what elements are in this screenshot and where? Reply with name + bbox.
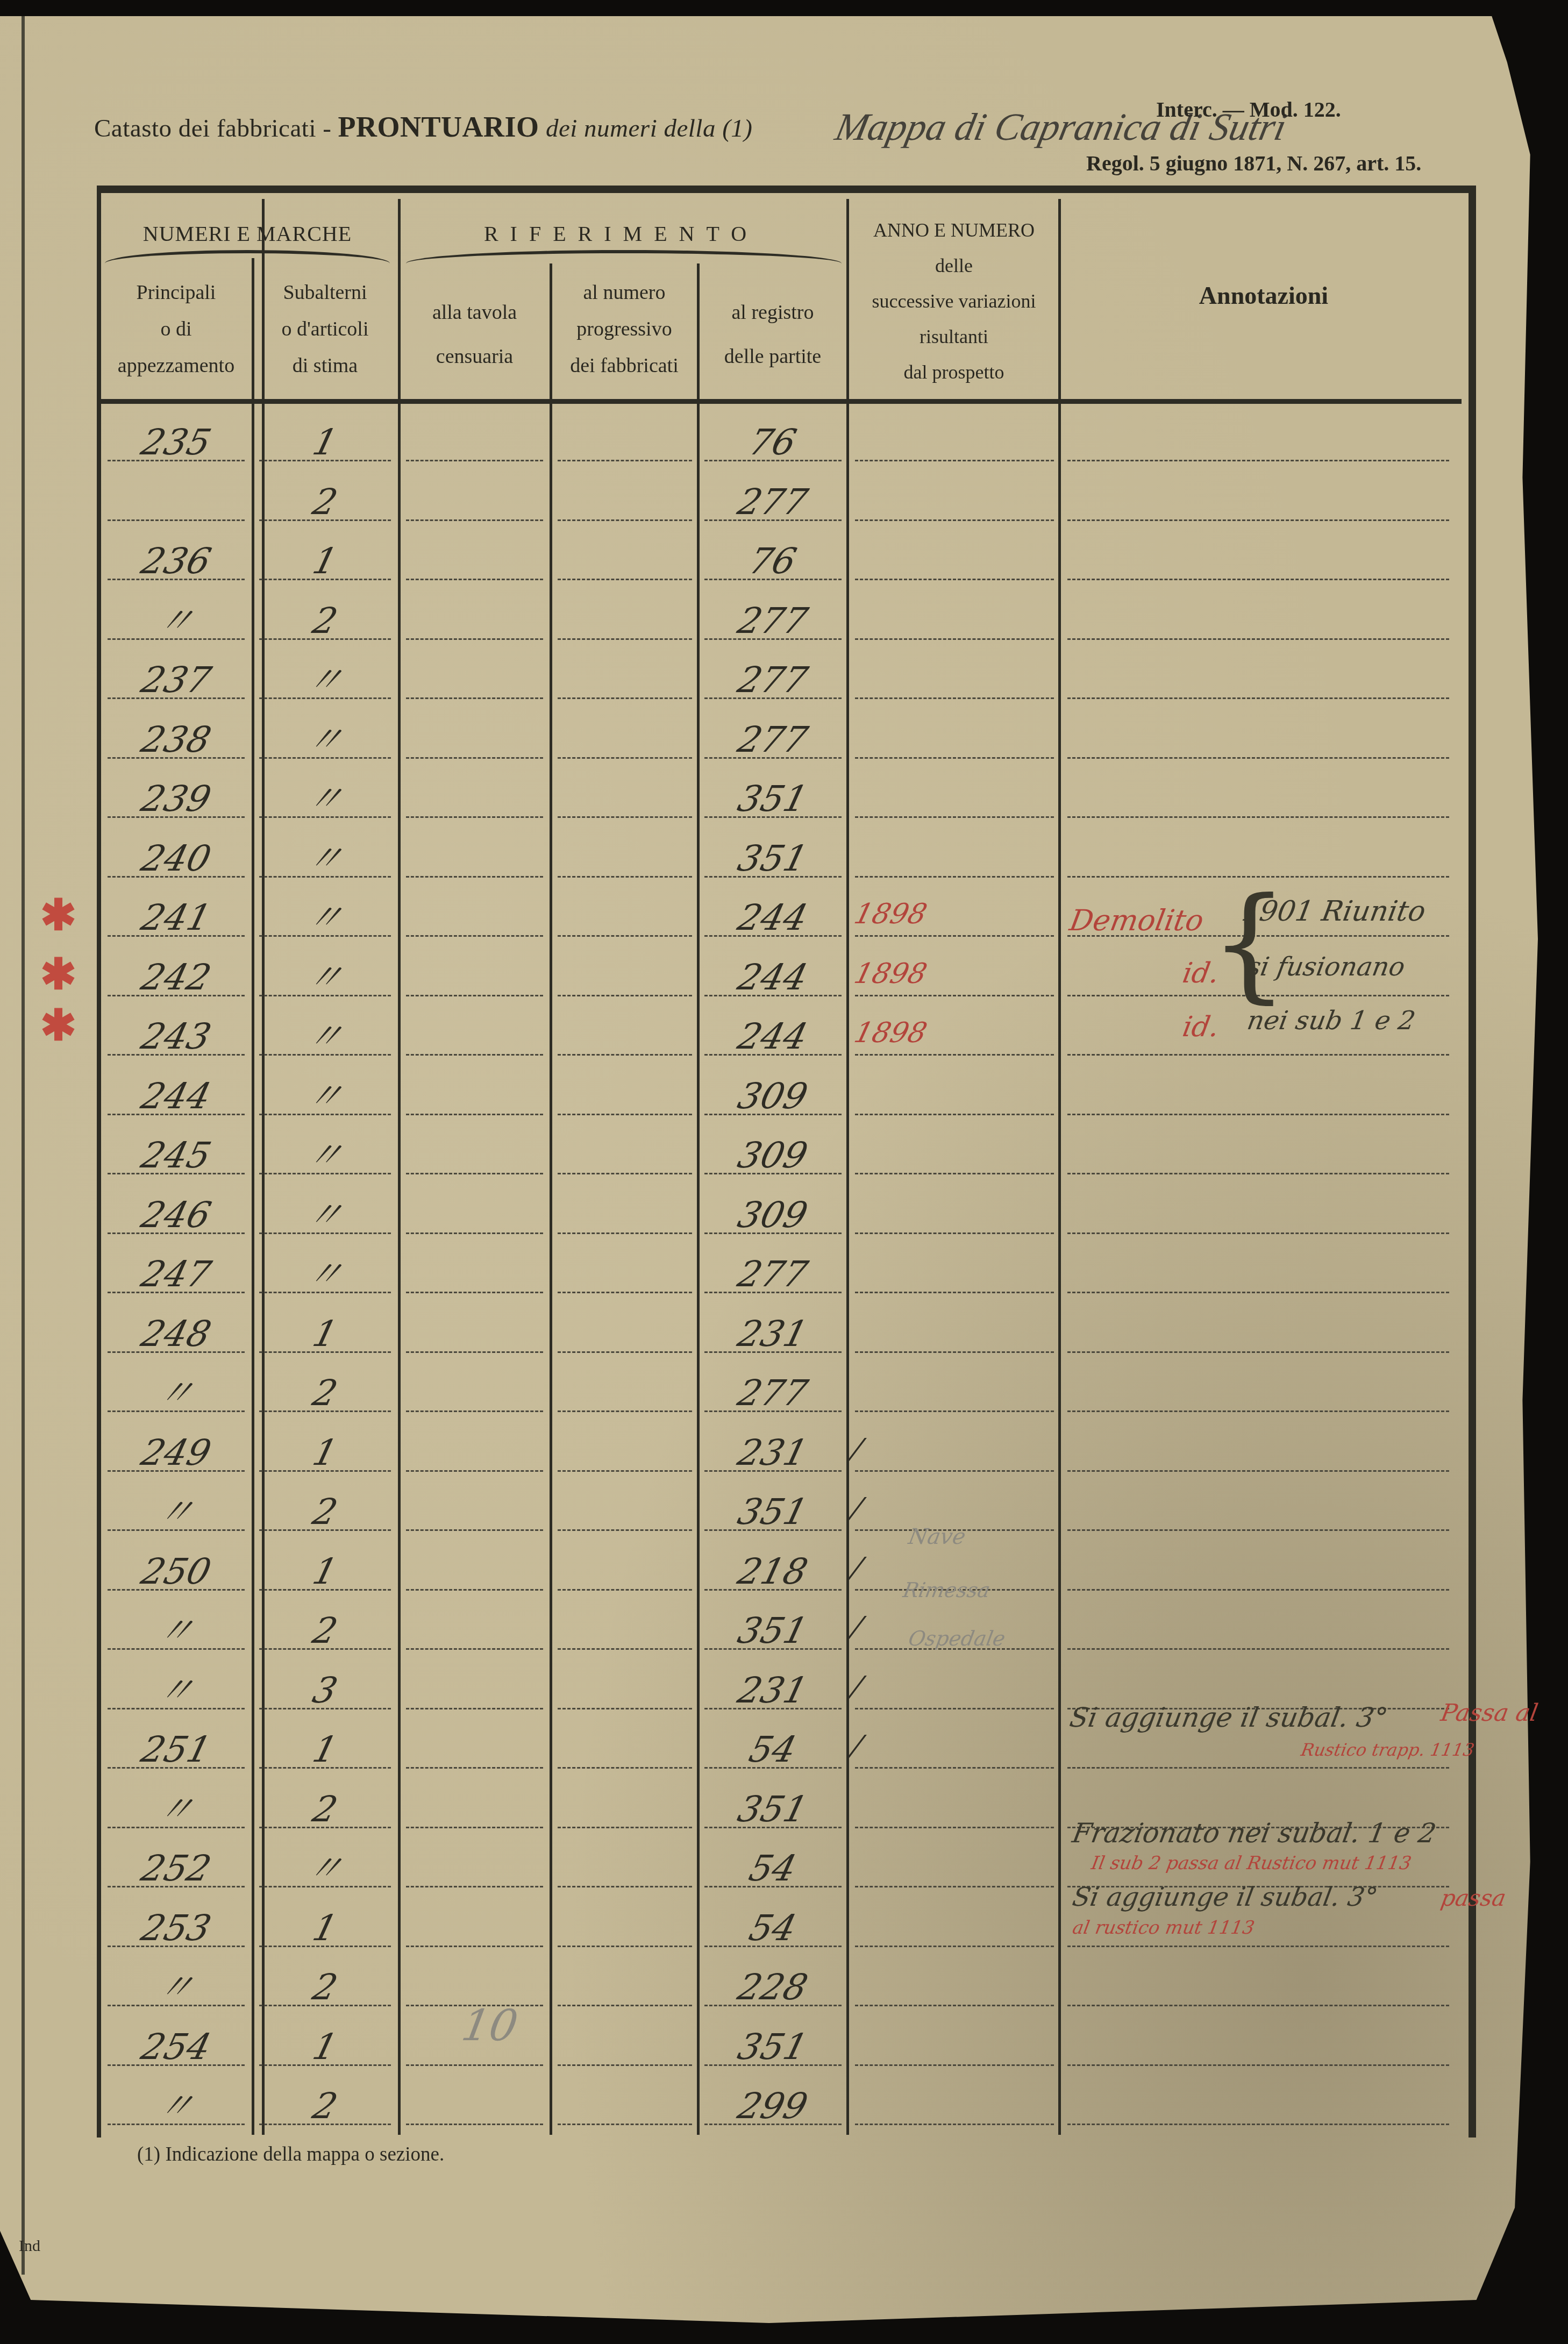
red-asterisk-icon: ✱ <box>40 1000 76 1051</box>
row-rule <box>855 1410 1054 1412</box>
row-rule <box>855 1827 1054 1828</box>
row-rule <box>558 1589 692 1591</box>
row-rule <box>406 1827 543 1828</box>
subalterno-cell: 1 <box>250 1911 401 1946</box>
principale-cell: 〃 <box>98 1613 254 1649</box>
row-rule <box>1067 2064 1449 2066</box>
subalterno-cell: 1 <box>250 1316 401 1352</box>
registro-cell: 299 <box>695 2089 850 2124</box>
form-code: Interc. — Mod. 122. <box>1156 97 1341 122</box>
registro-cell: 277 <box>695 485 850 520</box>
registro-cell: 309 <box>695 1198 850 1233</box>
anno-cell: 1898 <box>852 960 902 988</box>
principale-cell: 239 <box>98 781 254 817</box>
row-rule <box>558 876 692 878</box>
row-rule <box>1067 519 1449 521</box>
group-header-numeri: NUMERI E MARCHE <box>102 212 393 255</box>
row-rule <box>558 519 692 521</box>
annotation-241: Demolito <box>1067 903 1206 937</box>
row-rule <box>558 1232 692 1234</box>
divider-progressivo <box>697 263 700 2135</box>
subalterno-cell: 1 <box>250 1732 401 1768</box>
row-rule <box>558 1648 692 1650</box>
registro-cell: 277 <box>695 662 850 698</box>
principale-cell: 〃 <box>98 1970 254 2005</box>
row-rule <box>558 2064 692 2066</box>
principale-cell: 242 <box>98 960 254 995</box>
subalterno-cell: 1 <box>250 2029 401 2065</box>
row-rule <box>558 1292 692 1293</box>
principale-cell: 237 <box>98 662 254 698</box>
principale-cell: 238 <box>98 722 254 758</box>
row-rule <box>1067 460 1449 461</box>
row-rule <box>1067 1351 1449 1353</box>
row-rule <box>406 579 543 580</box>
principale-cell: 243 <box>98 1019 254 1055</box>
row-rule <box>1067 1292 1449 1293</box>
row-rule <box>855 1708 1054 1709</box>
row-rule <box>406 1054 543 1056</box>
subalterno-cell: 2 <box>250 1970 401 2005</box>
subalterno-cell: 2 <box>250 1376 401 1411</box>
principale-cell: 247 <box>98 1257 254 1292</box>
row-rule <box>1067 757 1449 759</box>
subalterno-cell: 〃 <box>250 960 401 995</box>
principale-cell: 236 <box>98 544 254 579</box>
principale-cell: 〃 <box>98 603 254 639</box>
header-rule <box>101 399 1462 404</box>
row-rule <box>558 638 692 640</box>
bracket-note-line-3: nei sub 1 e 2 <box>1245 1006 1417 1036</box>
registro-cell: 351 <box>695 1494 850 1530</box>
annotation-252-black: Frazionato nei subal. 1 e 2 <box>1070 1818 1438 1849</box>
subalterno-cell: 〃 <box>250 722 401 758</box>
row-rule <box>558 1708 692 1709</box>
row-rule <box>855 1232 1054 1234</box>
red-asterisk-icon: ✱ <box>40 890 76 941</box>
registro-cell: 309 <box>695 1138 850 1173</box>
row-rule <box>1067 638 1449 640</box>
registro-cell: 244 <box>695 900 850 936</box>
row-rule <box>558 816 692 818</box>
row-rule <box>406 1232 543 1234</box>
row-rule <box>1067 2005 1449 2006</box>
anno-cell: 1898 <box>852 900 902 928</box>
row-rule <box>558 460 692 461</box>
row-rule <box>406 1410 543 1412</box>
row-rule <box>1067 1767 1449 1769</box>
row-rule <box>558 1173 692 1174</box>
row-rule <box>558 579 692 580</box>
bracket-note-line-1: 1901 Riunito <box>1239 895 1428 928</box>
registro-cell: 228 <box>695 1970 850 2005</box>
registro-cell: 76 <box>695 544 850 579</box>
annotation-242: id. <box>1180 957 1222 989</box>
column-header-anno: ANNO E NUMERO delle successive variazion… <box>850 212 1058 390</box>
bracket-note-line-2: si fusionano <box>1245 952 1407 982</box>
row-rule <box>406 1292 543 1293</box>
registro-cell: 231 <box>695 1435 850 1471</box>
row-rule <box>855 2124 1054 2125</box>
row-rule <box>406 1767 543 1769</box>
principale-cell: 〃 <box>98 1376 254 1411</box>
subalterno-cell: 〃 <box>250 841 401 877</box>
subalterno-cell: 2 <box>250 1613 401 1649</box>
subalterno-cell: 2 <box>250 1792 401 1827</box>
row-rule <box>406 1946 543 1947</box>
row-rule <box>1067 1946 1449 1947</box>
principale-cell: 〃 <box>98 1792 254 1827</box>
registro-cell: 54 <box>695 1911 850 1946</box>
row-rule <box>855 638 1054 640</box>
registro-cell: 277 <box>695 1376 850 1411</box>
pencil-note-tavola: 10 <box>458 2000 522 2050</box>
registro-cell: 351 <box>695 2029 850 2065</box>
subalterno-cell: 〃 <box>250 1019 401 1055</box>
principale-cell: 252 <box>98 1851 254 1886</box>
row-rule <box>558 757 692 759</box>
row-rule <box>855 1767 1054 1769</box>
row-rule <box>855 1946 1054 1947</box>
subalterno-cell: 〃 <box>250 1138 401 1173</box>
row-rule <box>406 697 543 699</box>
row-rule <box>406 1529 543 1531</box>
anno-cell: / <box>849 1613 899 1641</box>
anno-cell: / <box>849 1554 899 1582</box>
row-rule <box>855 1886 1054 1887</box>
registro-cell: 244 <box>695 960 850 995</box>
subalterno-cell: 2 <box>250 485 401 520</box>
row-rule <box>558 1767 692 1769</box>
annotation-253-black: Si aggiunge il subal. 3° <box>1070 1882 1380 1912</box>
annotation-253-red-right: passa <box>1439 1885 1508 1911</box>
row-rule <box>406 816 543 818</box>
row-rule <box>855 460 1054 461</box>
registro-cell: 76 <box>695 425 850 460</box>
subalterno-cell: 1 <box>250 425 401 460</box>
divider-annotazioni <box>1058 199 1061 2135</box>
principale-cell: 240 <box>98 841 254 877</box>
registro-cell: 309 <box>695 1079 850 1114</box>
principale-cell: 250 <box>98 1554 254 1590</box>
row-rule <box>406 1886 543 1887</box>
registro-cell: 244 <box>695 1019 850 1055</box>
subalterno-cell: 1 <box>250 1554 401 1590</box>
principale-cell: 254 <box>98 2029 254 2065</box>
row-rule <box>406 460 543 461</box>
column-header-registro: al registro delle partite <box>700 290 846 379</box>
anno-cell: / <box>849 1435 899 1463</box>
column-header-principali: Principali o di appezzamento <box>102 274 250 384</box>
row-rule <box>558 2005 692 2006</box>
row-rule <box>1067 1589 1449 1591</box>
row-rule <box>558 697 692 699</box>
subalterno-cell: 〃 <box>250 781 401 817</box>
annotation-251-red-top: Passa al <box>1439 1699 1541 1727</box>
registro-cell: 351 <box>695 781 850 817</box>
row-rule <box>1067 1173 1449 1174</box>
row-rule <box>558 1827 692 1828</box>
row-rule <box>558 1946 692 1947</box>
registro-cell: 54 <box>695 1732 850 1768</box>
title-prefix: Catasto dei fabbricati - <box>94 115 331 143</box>
subalterno-cell: 3 <box>250 1673 401 1708</box>
footnote: (1) Indicazione della mappa o sezione. <box>137 2143 444 2166</box>
row-rule <box>406 1173 543 1174</box>
registro-cell: 277 <box>695 1257 850 1292</box>
principale-cell: 〃 <box>98 1494 254 1530</box>
row-rule <box>558 1410 692 1412</box>
anno-cell: / <box>849 1673 899 1701</box>
row-rule <box>855 757 1054 759</box>
row-rule <box>406 1648 543 1650</box>
row-rule <box>406 1470 543 1472</box>
row-rule <box>558 1529 692 1531</box>
row-rule <box>406 2124 543 2125</box>
registro-cell: 54 <box>695 1851 850 1886</box>
row-rule <box>1067 697 1449 699</box>
row-rule <box>855 935 1054 937</box>
title-suffix: dei numeri della (1) <box>546 115 753 143</box>
row-rule <box>855 816 1054 818</box>
row-rule <box>855 1292 1054 1293</box>
principale-cell: 245 <box>98 1138 254 1173</box>
row-rule <box>406 876 543 878</box>
row-rule <box>406 1114 543 1115</box>
row-rule <box>1067 1470 1449 1472</box>
row-rule <box>558 995 692 996</box>
principale-cell: 249 <box>98 1435 254 1471</box>
subalterno-cell: 〃 <box>250 1851 401 1886</box>
column-header-tavola: alla tavola censuaria <box>401 290 548 379</box>
row-rule <box>1067 2124 1449 2125</box>
regulation-reference: Regol. 5 giugno 1871, N. 267, art. 15. <box>1086 151 1421 176</box>
row-rule <box>855 876 1054 878</box>
principale-cell: 246 <box>98 1198 254 1233</box>
red-asterisk-icon: ✱ <box>40 949 76 1000</box>
subalterno-cell: 2 <box>250 1494 401 1530</box>
subalterno-cell: 〃 <box>250 1257 401 1292</box>
principale-cell: 〃 <box>98 2089 254 2124</box>
subalterno-cell: 2 <box>250 2089 401 2124</box>
row-rule <box>855 697 1054 699</box>
row-rule <box>406 757 543 759</box>
divider-tavola <box>550 263 552 2135</box>
row-rule <box>855 1173 1054 1174</box>
row-rule <box>406 519 543 521</box>
registro-cell: 351 <box>695 1792 850 1827</box>
row-rule <box>1067 1410 1449 1412</box>
row-rule <box>1067 1054 1449 1056</box>
row-rule <box>406 2064 543 2066</box>
row-rule <box>1067 1529 1449 1531</box>
row-rule <box>1067 1232 1449 1234</box>
row-rule <box>108 519 245 521</box>
principale-cell: 235 <box>98 425 254 460</box>
anno-cell: 1898 <box>852 1019 902 1047</box>
row-rule <box>406 638 543 640</box>
row-rule <box>1067 579 1449 580</box>
registro-cell: 231 <box>695 1673 850 1708</box>
row-rule <box>558 1886 692 1887</box>
row-rule <box>558 935 692 937</box>
row-rule <box>406 935 543 937</box>
subalterno-cell: 2 <box>250 603 401 639</box>
row-rule <box>558 1470 692 1472</box>
column-header-progressivo: al numero progressivo dei fabbricati <box>552 274 696 384</box>
row-rule <box>558 2124 692 2125</box>
annotation-252-red: Il sub 2 passa al Rustico mut 1113 <box>1089 1853 1413 1874</box>
principale-cell: 241 <box>98 900 254 936</box>
row-rule <box>1067 1114 1449 1115</box>
registro-cell: 277 <box>695 603 850 639</box>
row-rule <box>558 1351 692 1353</box>
principale-cell: 253 <box>98 1911 254 1946</box>
row-rule <box>855 1054 1054 1056</box>
row-rule <box>855 2005 1054 2006</box>
subalterno-cell: 1 <box>250 1435 401 1471</box>
subalterno-cell: 〃 <box>250 1198 401 1233</box>
row-rule <box>855 1351 1054 1353</box>
anno-cell: / <box>849 1732 899 1760</box>
annotation-243: id. <box>1180 1011 1222 1043</box>
row-rule <box>855 519 1054 521</box>
principale-cell: 251 <box>98 1732 254 1768</box>
column-header-annotazioni: Annotazioni <box>1062 274 1465 317</box>
subalterno-cell: 1 <box>250 544 401 579</box>
row-rule <box>855 995 1054 996</box>
registro-cell: 218 <box>695 1554 850 1590</box>
row-rule <box>1067 1648 1449 1650</box>
annotation-253-red: al rustico mut 1113 <box>1071 1917 1256 1939</box>
principale-cell: 〃 <box>98 1673 254 1708</box>
row-rule <box>406 995 543 996</box>
column-header-subalterni: Subalterni o d'articoli di stima <box>254 274 396 384</box>
row-rule <box>558 1114 692 1115</box>
row-rule <box>406 1351 543 1353</box>
registro-cell: 351 <box>695 841 850 877</box>
subalterno-cell: 〃 <box>250 1079 401 1114</box>
registro-cell: 231 <box>695 1316 850 1352</box>
title-prontuario: PRONTUARIO <box>338 111 539 143</box>
annotation-251-red-bottom: Rustico trapp. 1113 <box>1300 1740 1476 1760</box>
row-rule <box>558 1054 692 1056</box>
row-rule <box>406 1708 543 1709</box>
pencil-note-nave: Nave <box>907 1524 967 1549</box>
pencil-note-rimessa: Rimessa <box>901 1578 992 1602</box>
printed-title: Catasto dei fabbricati - PRONTUARIO dei … <box>94 110 752 144</box>
row-rule <box>1067 816 1449 818</box>
principale-cell: 244 <box>98 1079 254 1114</box>
registro-cell: 351 <box>695 1613 850 1649</box>
row-rule <box>855 2064 1054 2066</box>
row-rule <box>855 579 1054 580</box>
subalterno-cell: 〃 <box>250 662 401 698</box>
anno-cell: / <box>849 1494 899 1522</box>
registro-cell: 277 <box>695 722 850 758</box>
binding-edge <box>22 16 25 2275</box>
row-rule <box>855 1114 1054 1115</box>
principale-cell: 248 <box>98 1316 254 1352</box>
row-rule <box>406 1589 543 1591</box>
annotation-251-black: Si aggiunge il subal. 3° <box>1067 1702 1390 1733</box>
subalterno-cell: 〃 <box>250 900 401 936</box>
row-rule <box>855 1470 1054 1472</box>
group-header-riferimento: RIFERIMENTO <box>401 212 842 255</box>
edge-text: Ind <box>19 2237 40 2255</box>
pencil-note-ospedale: Ospedale <box>907 1627 1007 1650</box>
